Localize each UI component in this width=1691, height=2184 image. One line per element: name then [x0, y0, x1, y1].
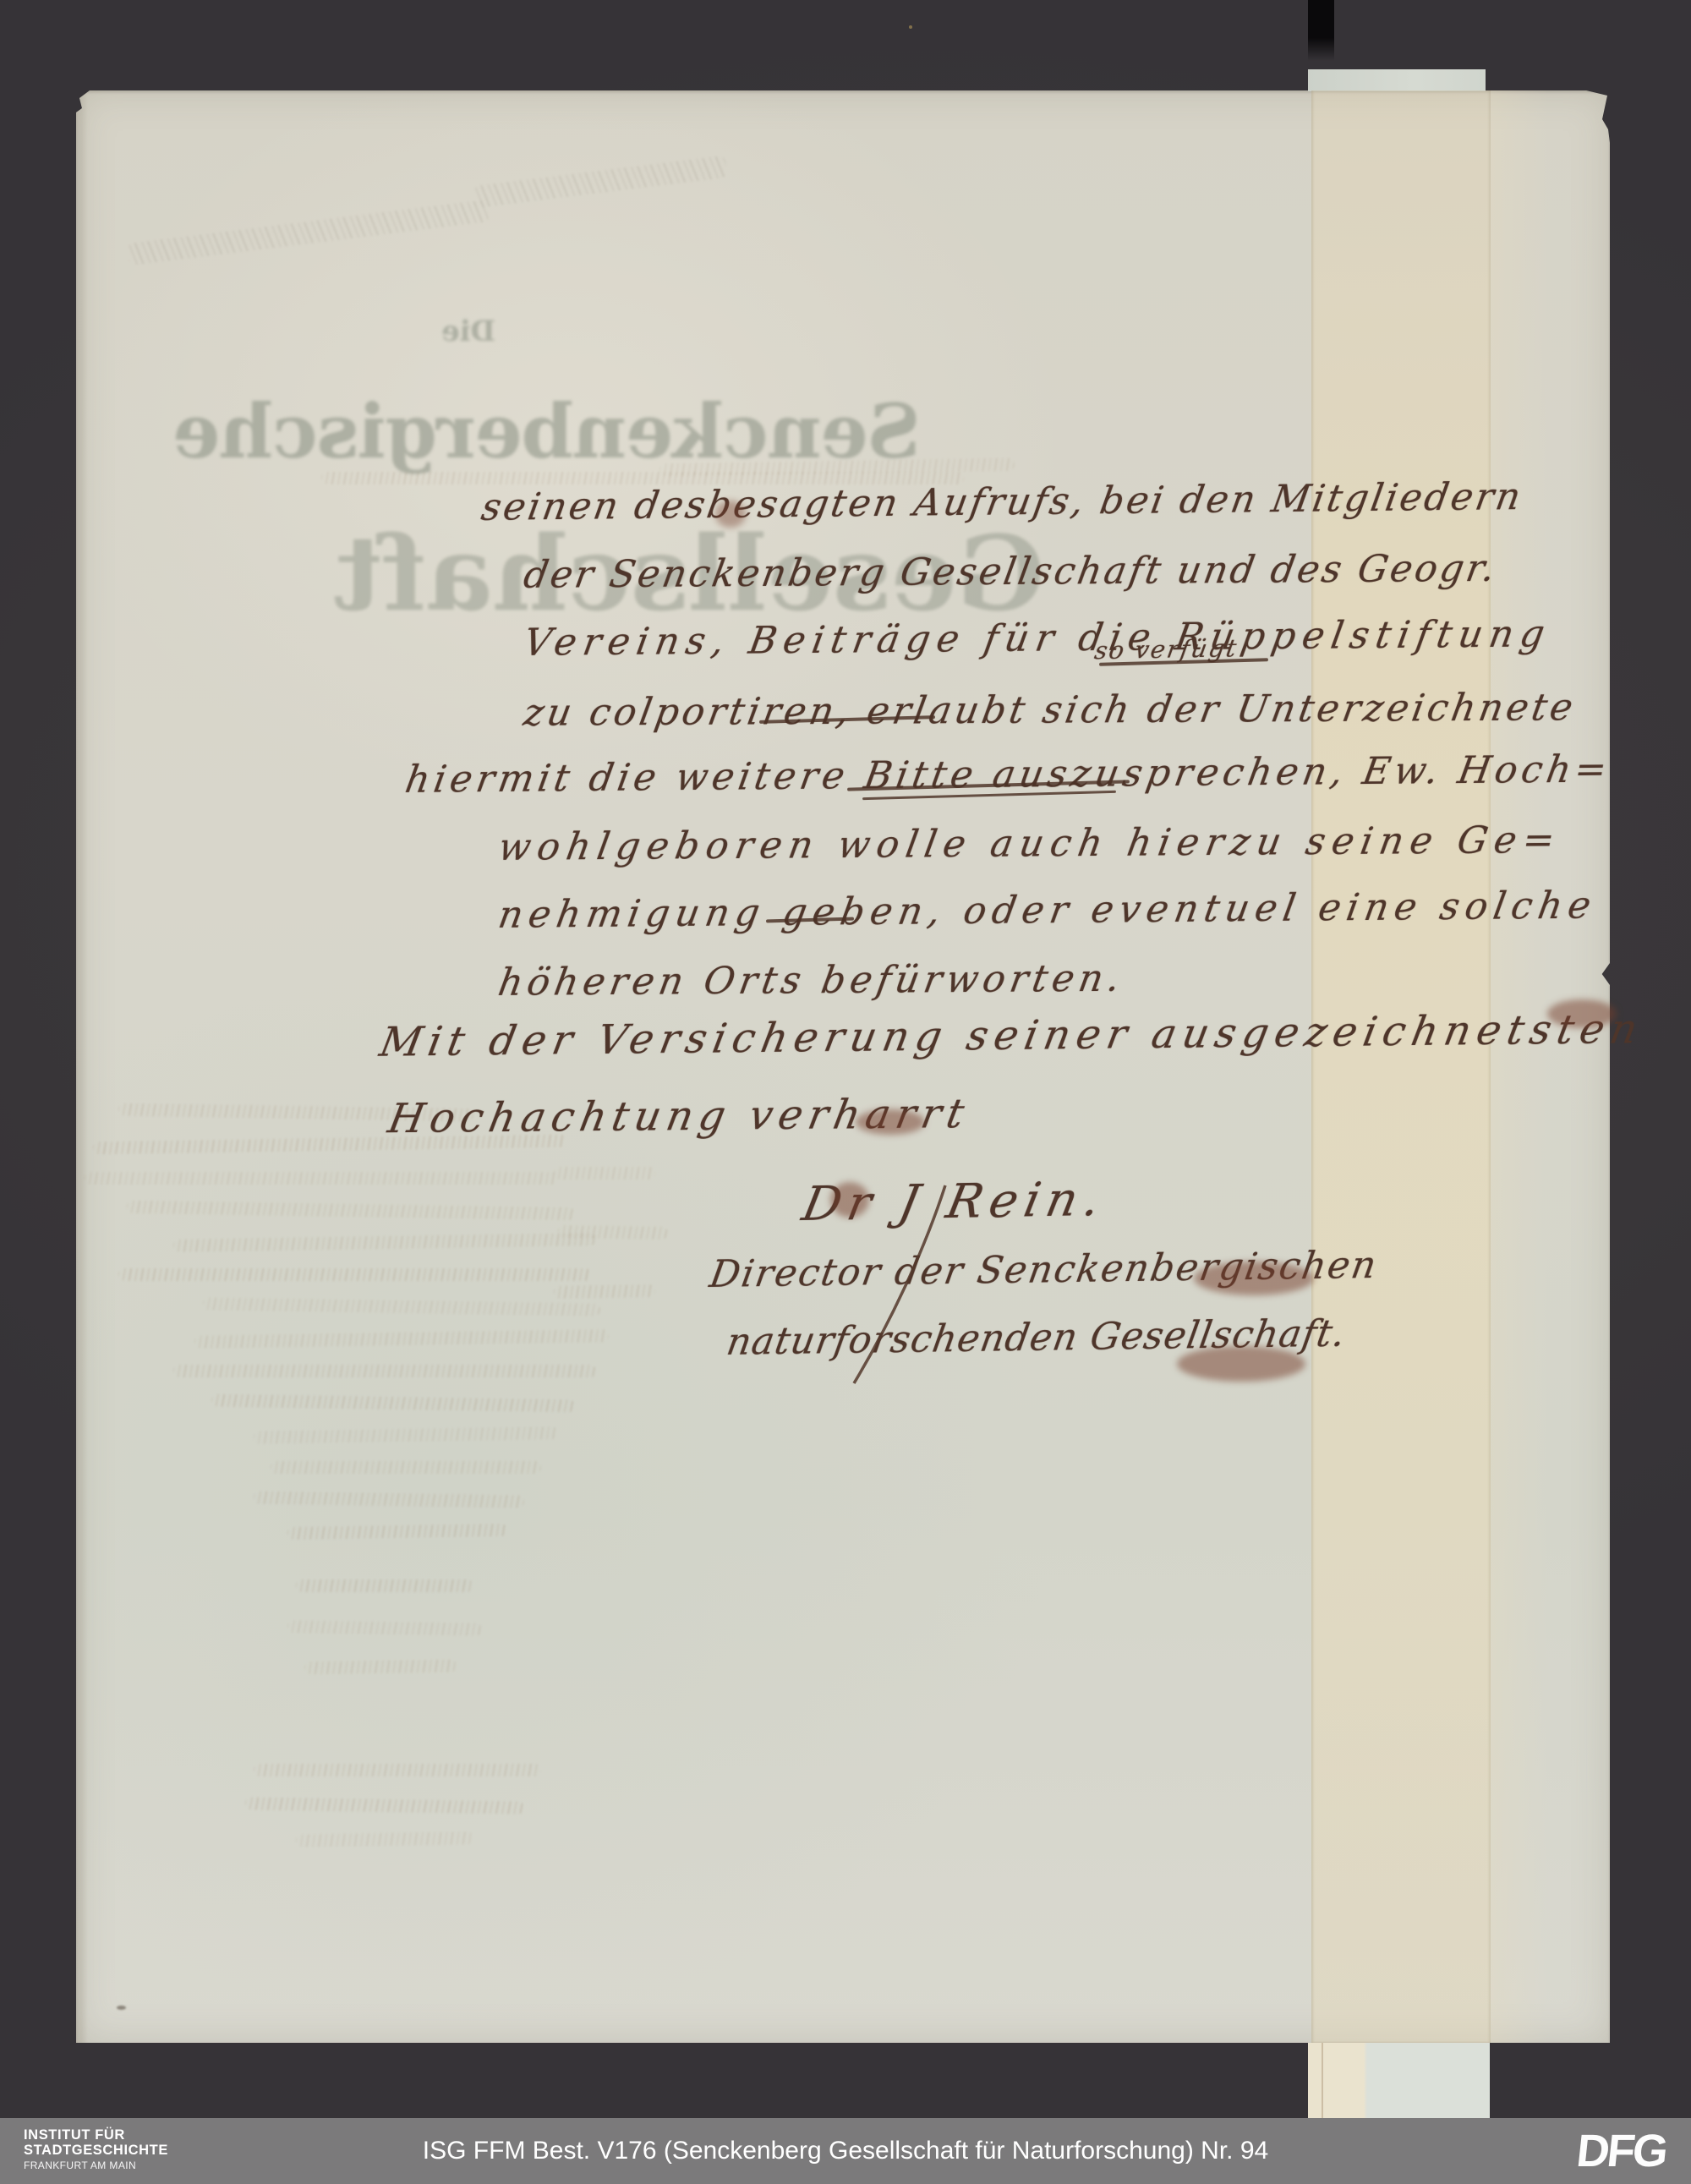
isg-logo-line1: INSTITUT FÜR: [24, 2127, 168, 2143]
ink-smudge: [1194, 1262, 1314, 1295]
ink-smudge: [1547, 999, 1617, 1028]
isg-institution-logo: INSTITUT FÜR STADTGESCHICHTE FRANKFURT A…: [24, 2127, 168, 2173]
bleed-through-line: [554, 1167, 655, 1180]
bleed-through-line: [118, 1268, 592, 1281]
paper-discoloration-band: [1491, 90, 1548, 2043]
handwritten-line: Vereins, Beiträge für die Rüppelstiftung: [521, 612, 1555, 665]
isg-logo-line3: FRANKFURT AM MAIN: [24, 2158, 168, 2173]
dfg-logo: DFG: [1574, 2125, 1669, 2177]
bleed-through-line: [271, 1461, 541, 1474]
ink-speck: [117, 2006, 126, 2010]
handwritten-line: höheren Orts befürworten.: [495, 957, 1128, 1004]
ink-smudge: [830, 1182, 869, 1218]
handwritten-line: der Senckenberg Gesellschaft und des Geo…: [521, 547, 1501, 597]
scan-black-mark: [1308, 0, 1334, 61]
ink-smudge: [715, 501, 746, 528]
bleed-through-line: [173, 1365, 596, 1377]
bleed-through-line: [296, 1579, 473, 1592]
archive-reference-caption: ISG FFM Best. V176 (Senckenberg Gesellsc…: [423, 2118, 1268, 2184]
bleed-through-line: [558, 1225, 668, 1240]
handwritten-line: wohlgeboren wolle auch hierzu seine Ge=: [495, 818, 1565, 869]
repair-tape-strip-bottom: [1308, 2043, 1490, 2126]
bleed-through-line: [254, 1764, 541, 1776]
dust-speck: [909, 25, 912, 29]
archive-caption-bar: INSTITUT FÜR STADTGESCHICHTE FRANKFURT A…: [0, 2118, 1691, 2184]
isg-logo-line2: STADTGESCHICHTE: [24, 2143, 168, 2158]
bleed-through-line: [554, 1284, 655, 1299]
ink-smudge: [1177, 1346, 1305, 1382]
archival-scan-viewport: Die Senckenbergische Gesellschaft seinen…: [0, 0, 1691, 2184]
repair-tape-strip: [1311, 90, 1491, 2043]
bleed-through-letterhead-die: Die: [441, 315, 495, 348]
bleed-through-line: [85, 1172, 558, 1185]
handwritten-line: zu colportiren, erlaubt sich der Unterze…: [521, 686, 1579, 735]
repair-tape-strip-top: [1308, 69, 1486, 91]
ink-smudge: [856, 1109, 925, 1135]
tape-crease-line: [1322, 2043, 1323, 2126]
bleed-through-line: [304, 1660, 457, 1675]
